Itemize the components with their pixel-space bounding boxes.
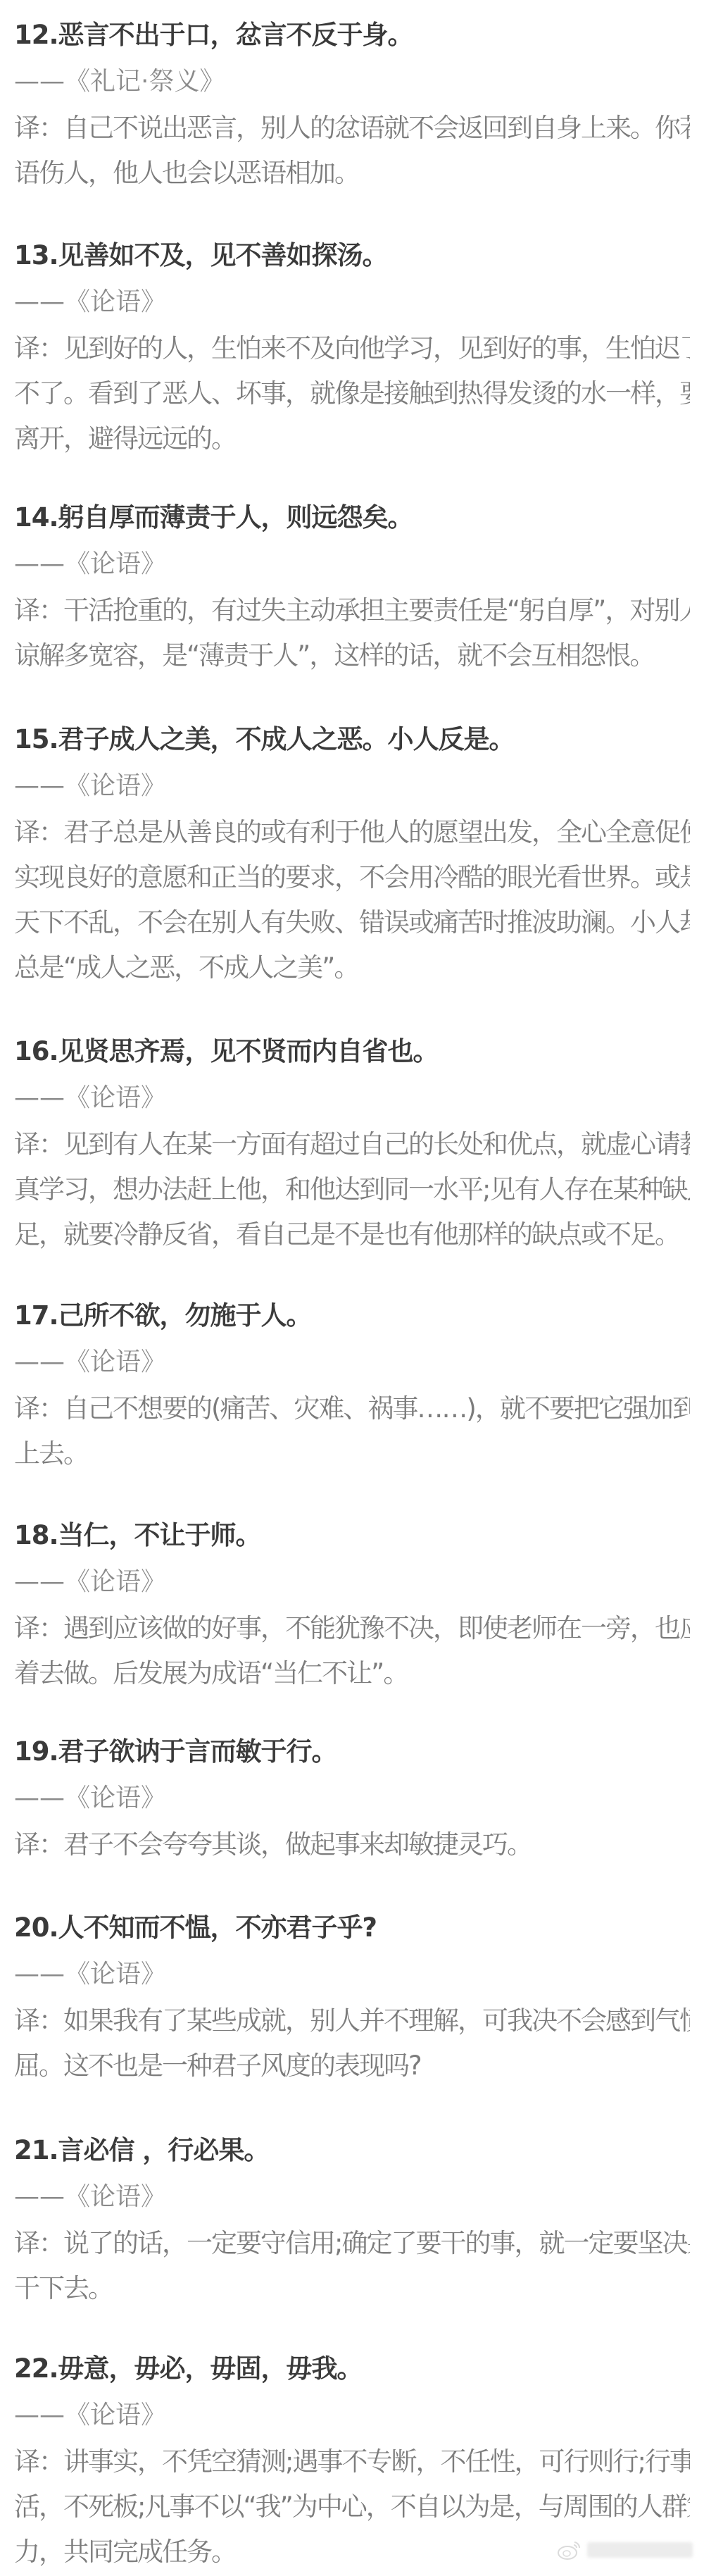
translation-line: 语伤人，他人也会以恶语相加。 xyxy=(14,151,690,196)
translation-line: 离开，避得远远的。 xyxy=(14,416,690,461)
translation-line: 译：见到有人在某一方面有超过自己的长处和优点，就虚心请教，认 xyxy=(14,1122,690,1167)
quote-heading: 18.当仁，不让于师。 xyxy=(14,1520,690,1551)
quote-number: 15. xyxy=(14,724,58,754)
translation-line: 实现良好的意愿和正当的要求，不会用冷酷的眼光看世界。或是唯恐 xyxy=(14,855,690,900)
quote-source: ——《论语》 xyxy=(14,1783,690,1814)
translation-line: 上去。 xyxy=(14,1431,690,1476)
quote-number: 12. xyxy=(14,20,58,50)
translation-line: 译：讲事实，不凭空猜测;遇事不专断，不任性，可行则行;行事要灵 xyxy=(14,2439,690,2484)
quote-translation: 译：见到好的人，生怕来不及向他学习，见到好的事，生怕迟了就做不了。看到了恶人、坏… xyxy=(14,326,690,461)
quote-entry: 17.己所不欲，勿施于人。——《论语》译：自己不想要的(痛苦、灾难、祸事……)，… xyxy=(14,1300,690,1476)
quote-heading: 20.人不知而不愠，不亦君子乎? xyxy=(14,1912,690,1943)
translation-line: 译：遇到应该做的好事，不能犹豫不决，即使老师在一旁，也应该抢 xyxy=(14,1606,690,1651)
quote-number: 21. xyxy=(14,2135,58,2165)
quote-translation: 译：君子不会夸夸其谈，做起事来却敏捷灵巧。 xyxy=(14,1822,690,1867)
translation-line: 译：如果我有了某些成就，别人并不理解，可我决不会感到气愤、委 xyxy=(14,1998,690,2043)
quote-number: 19. xyxy=(14,1736,58,1767)
translation-line: 译：干活抢重的，有过失主动承担主要责任是“躬自厚”，对别人多 xyxy=(14,588,690,633)
watermark-text xyxy=(587,2542,693,2558)
translation-line: 不了。看到了恶人、坏事，就像是接触到热得发烫的水一样，要立刻 xyxy=(14,371,690,416)
quote-entry: 14.躬自厚而薄责于人，则远怨矣。——《论语》译：干活抢重的，有过失主动承担主要… xyxy=(14,502,690,678)
quote-text: 人不知而不愠，不亦君子乎? xyxy=(58,1912,377,1943)
quote-entry: 18.当仁，不让于师。——《论语》译：遇到应该做的好事，不能犹豫不决，即使老师在… xyxy=(14,1520,690,1696)
quote-heading: 12.恶言不出于口，忿言不反于身。 xyxy=(14,20,690,51)
translation-line: 译：说了的话，一定要守信用;确定了要干的事，就一定要坚决果敢地 xyxy=(14,2221,690,2266)
quote-translation: 译：说了的话，一定要守信用;确定了要干的事，就一定要坚决果敢地干下去。 xyxy=(14,2221,690,2311)
translation-line: 译：自己不说出恶言，别人的忿语就不会返回到自身上来。你若以恶 xyxy=(14,106,690,151)
quote-text: 君子成人之美，不成人之恶。小人反是。 xyxy=(58,724,515,754)
quote-entry: 15.君子成人之美，不成人之恶。小人反是。——《论语》译：君子总是从善良的或有利… xyxy=(14,724,690,990)
quote-translation: 译：自己不说出恶言，别人的忿语就不会返回到自身上来。你若以恶语伤人，他人也会以恶… xyxy=(14,106,690,196)
quote-heading: 17.己所不欲，勿施于人。 xyxy=(14,1300,690,1331)
translation-line: 干下去。 xyxy=(14,2266,690,2311)
quote-translation: 译：干活抢重的，有过失主动承担主要责任是“躬自厚”，对别人多谅解多宽容，是“薄责… xyxy=(14,588,690,678)
quote-translation: 译：自己不想要的(痛苦、灾难、祸事……)，就不要把它强加到别人身上去。 xyxy=(14,1386,690,1476)
quote-number: 16. xyxy=(14,1036,58,1066)
quote-text: 君子欲讷于言而敏于行。 xyxy=(58,1736,337,1767)
translation-line: 译：自己不想要的(痛苦、灾难、祸事……)，就不要把它强加到别人身 xyxy=(14,1386,690,1431)
translation-line: 译：见到好的人，生怕来不及向他学习，见到好的事，生怕迟了就做 xyxy=(14,326,690,371)
quote-text: 言必信 ，行必果。 xyxy=(58,2135,270,2165)
quote-text: 见贤思齐焉，见不贤而内自省也。 xyxy=(58,1036,439,1066)
quote-number: 20. xyxy=(14,1912,58,1943)
quote-entry: 20.人不知而不愠，不亦君子乎?——《论语》译：如果我有了某些成就，别人并不理解… xyxy=(14,1912,690,2089)
translation-line: 谅解多宽容，是“薄责于人”，这样的话，就不会互相怨恨。 xyxy=(14,633,690,678)
quote-entry: 13.见善如不及，见不善如探汤。——《论语》译：见到好的人，生怕来不及向他学习，… xyxy=(14,240,690,461)
translation-line: 总是“成人之恶，不成人之美”。 xyxy=(14,945,690,990)
quote-source: ——《论语》 xyxy=(14,1083,690,1114)
quote-heading: 14.躬自厚而薄责于人，则远怨矣。 xyxy=(14,502,690,533)
quote-translation: 译：遇到应该做的好事，不能犹豫不决，即使老师在一旁，也应该抢着去做。后发展为成语… xyxy=(14,1606,690,1696)
quote-source: ——《论语》 xyxy=(14,287,690,318)
quote-number: 18. xyxy=(14,1520,58,1550)
translation-line: 译：君子不会夸夸其谈，做起事来却敏捷灵巧。 xyxy=(14,1822,690,1867)
quote-text: 恶言不出于口，忿言不反于身。 xyxy=(58,20,413,50)
quote-translation: 译：君子总是从善良的或有利于他人的愿望出发，全心全意促使别人实现良好的意愿和正当… xyxy=(14,810,690,990)
quote-text: 毋意，毋必，毋固，毋我。 xyxy=(58,2353,363,2384)
quote-text: 当仁，不让于师。 xyxy=(58,1520,261,1550)
translation-line: 足，就要冷静反省，看自己是不是也有他那样的缺点或不足。 xyxy=(14,1212,690,1257)
quote-number: 13. xyxy=(14,240,58,270)
quote-source: ——《礼记·祭义》 xyxy=(14,66,690,97)
quote-translation: 译：见到有人在某一方面有超过自己的长处和优点，就虚心请教，认真学习，想办法赶上他… xyxy=(14,1122,690,1257)
quote-source: ——《论语》 xyxy=(14,549,690,580)
weibo-logo-icon xyxy=(558,2539,582,2561)
translation-line: 译：君子总是从善良的或有利于他人的愿望出发，全心全意促使别人 xyxy=(14,810,690,855)
quote-heading: 16.见贤思齐焉，见不贤而内自省也。 xyxy=(14,1036,690,1067)
quote-entry: 19.君子欲讷于言而敏于行。——《论语》译：君子不会夸夸其谈，做起事来却敏捷灵巧… xyxy=(14,1736,690,1867)
quote-number: 17. xyxy=(14,1300,58,1331)
article-page: 12.恶言不出于口，忿言不反于身。——《礼记·祭义》译：自己不说出恶言，别人的忿… xyxy=(0,0,704,2576)
quote-translation: 译：如果我有了某些成就，别人并不理解，可我决不会感到气愤、委屈。这不也是一种君子… xyxy=(14,1998,690,2089)
quote-text: 见善如不及，见不善如探汤。 xyxy=(58,240,388,270)
translation-line: 天下不乱，不会在别人有失败、错误或痛苦时推波助澜。小人却反， xyxy=(14,900,690,945)
quote-source: ——《论语》 xyxy=(14,771,690,802)
quote-number: 22. xyxy=(14,2353,58,2384)
quote-text: 躬自厚而薄责于人，则远怨矣。 xyxy=(58,502,413,533)
translation-line: 活，不死板;凡事不以“我”为中心，不自以为是，与周围的人群策群 xyxy=(14,2484,690,2530)
translation-line: 真学习，想办法赶上他，和他达到同一水平;见有人存在某种缺点或不 xyxy=(14,1167,690,1212)
quote-source: ——《论语》 xyxy=(14,2400,690,2431)
quote-source: ——《论语》 xyxy=(14,1959,690,1990)
quote-text: 己所不欲，勿施于人。 xyxy=(58,1300,312,1331)
translation-line: 屈。这不也是一种君子风度的表现吗? xyxy=(14,2043,690,2089)
translation-line: 着去做。后发展为成语“当仁不让”。 xyxy=(14,1651,690,1696)
quote-heading: 19.君子欲讷于言而敏于行。 xyxy=(14,1736,690,1767)
quote-number: 14. xyxy=(14,502,58,533)
quote-entry: 16.见贤思齐焉，见不贤而内自省也。——《论语》译：见到有人在某一方面有超过自己… xyxy=(14,1036,690,1257)
quote-entry: 21.言必信 ，行必果。——《论语》译：说了的话，一定要守信用;确定了要干的事，… xyxy=(14,2135,690,2311)
quote-source: ——《论语》 xyxy=(14,1567,690,1598)
weibo-watermark xyxy=(558,2536,693,2564)
quote-heading: 13.见善如不及，见不善如探汤。 xyxy=(14,240,690,271)
quote-entry: 12.恶言不出于口，忿言不反于身。——《礼记·祭义》译：自己不说出恶言，别人的忿… xyxy=(14,20,690,196)
quote-source: ——《论语》 xyxy=(14,2182,690,2213)
quote-heading: 21.言必信 ，行必果。 xyxy=(14,2135,690,2166)
quote-heading: 15.君子成人之美，不成人之恶。小人反是。 xyxy=(14,724,690,755)
quote-heading: 22.毋意，毋必，毋固，毋我。 xyxy=(14,2353,690,2384)
quote-source: ——《论语》 xyxy=(14,1347,690,1378)
